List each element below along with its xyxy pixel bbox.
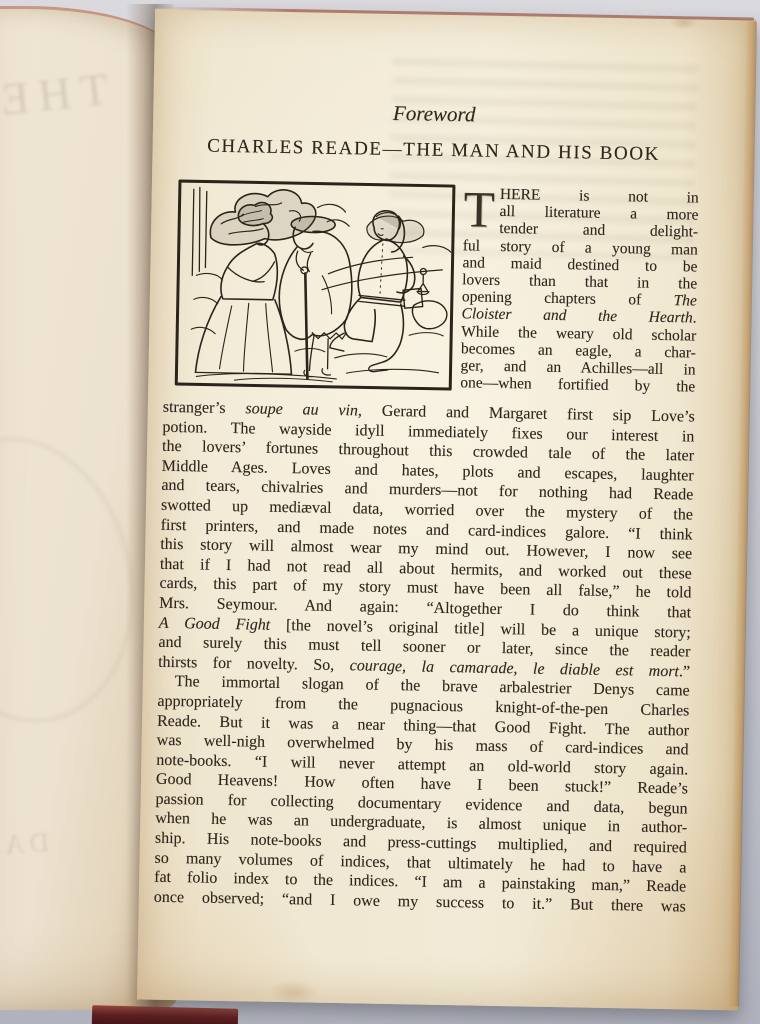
showthrough-text-bottom: DAI [0,827,50,862]
book-cover-edge [92,1005,238,1024]
showthrough-text-top: THE [0,62,111,127]
text-line: one—when fortified by the [460,374,695,396]
opening-paragraph: T HERE is not inall literature a moreten… [460,185,699,396]
drop-cap: T [463,185,500,233]
book-photo: THE DAI Foreword CHARLES READE—THE MAN A… [0,0,760,1024]
section-heading: Foreword [168,97,700,132]
woodcut-illustration [174,179,456,391]
opening-block: T HERE is not inall literature a moreten… [163,178,699,397]
woodcut-svg [174,179,456,391]
chapter-title: CHARLES READE—THE MAN AND HIS BOOK [167,135,699,167]
page-content: Foreword CHARLES READE—THE MAN AND HIS B… [154,9,702,917]
body-text: stranger’s soupe au vin, Gerard and Marg… [154,398,695,917]
foreword-page: Foreword CHARLES READE—THE MAN AND HIS B… [137,9,756,1011]
